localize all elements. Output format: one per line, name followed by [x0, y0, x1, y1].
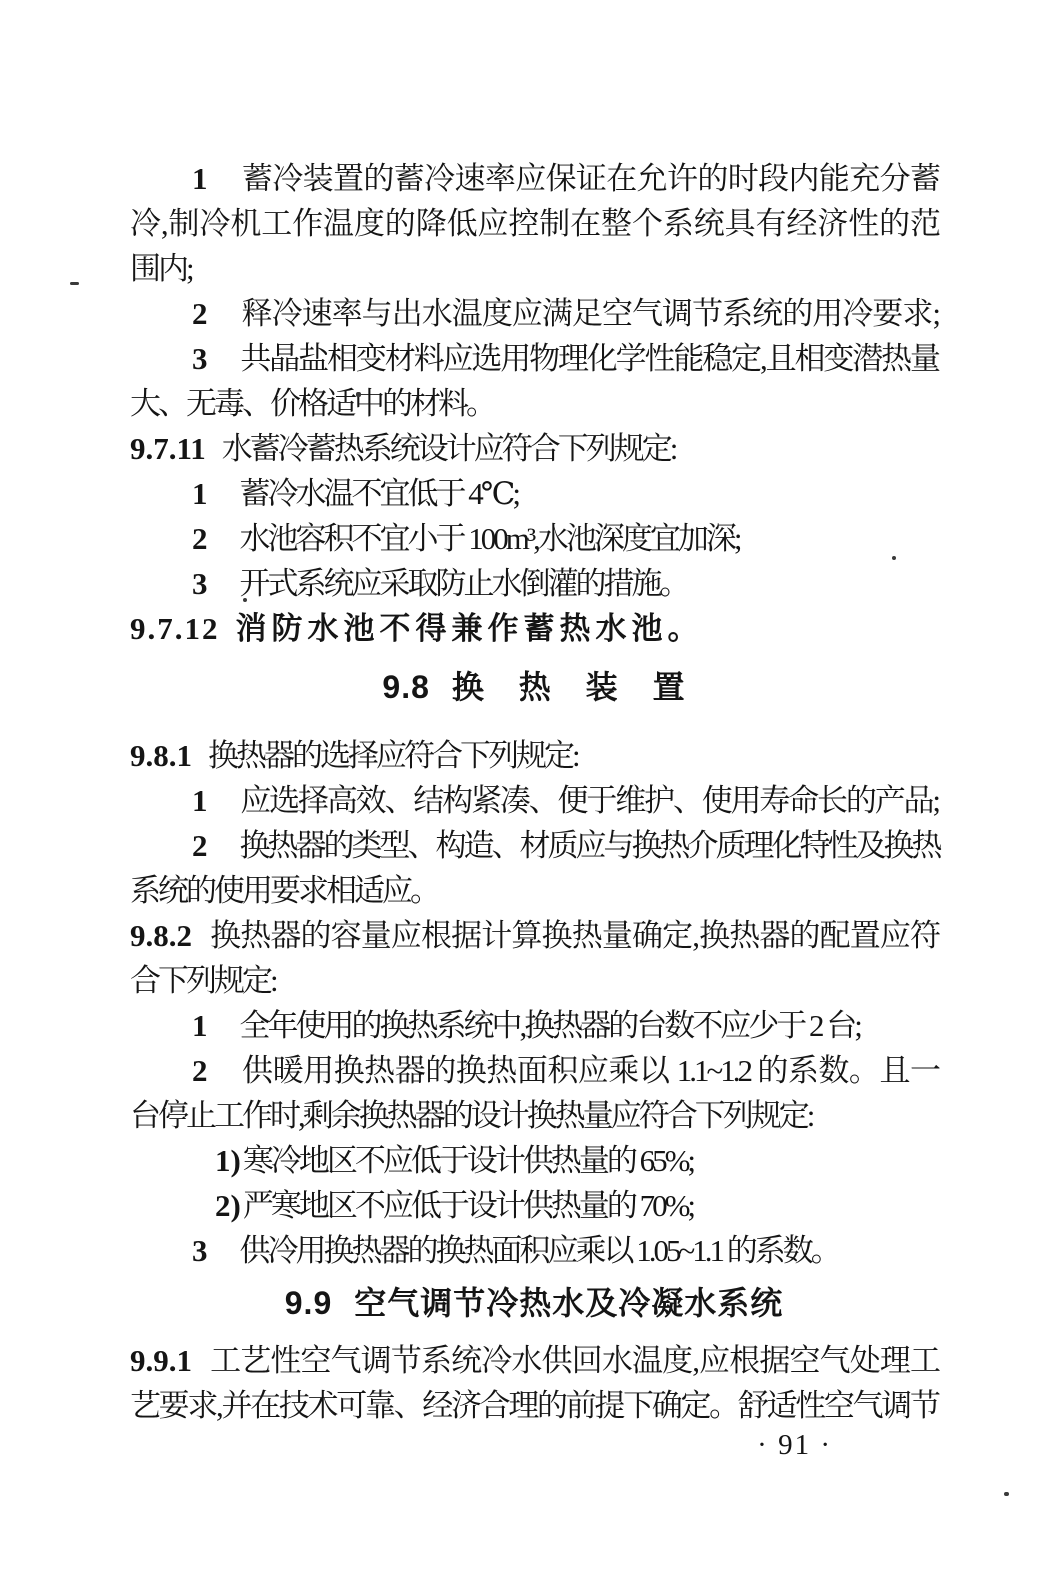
section-title: 换 热 装 置: [452, 669, 686, 705]
line-text: 围内;: [130, 251, 192, 286]
document-page: 1蓄冷装置的蓄冷速率应保证在允许的时段内能充分蓄 冷,制冷机工作温度的降低应控制…: [0, 0, 1054, 1589]
line-text: 供冷用换热器的换热面积应乘以 1.05~1.1 的系数。: [240, 1233, 839, 1268]
line-text: 应选择高效、结构紧凑、便于维护、使用寿命长的产品;: [240, 783, 939, 818]
text-line: 系统的使用要求相适应。: [130, 868, 938, 913]
scan-speck: [1004, 1492, 1009, 1496]
line-text: 水池容积不宜小于 100m³,水池深度宜加深;: [240, 521, 740, 556]
text-line: 3供冷用换热器的换热面积应乘以 1.05~1.1 的系数。: [130, 1228, 938, 1273]
text-line: 1蓄冷装置的蓄冷速率应保证在允许的时段内能充分蓄: [130, 156, 938, 201]
section-number: 9.8: [382, 669, 429, 705]
text-line: 2换热器的类型、构造、材质应与换热介质理化特性及换热: [130, 823, 938, 868]
scan-speck: [70, 282, 79, 285]
text-line: 大、无毒、价格适中的材料。: [130, 381, 938, 426]
line-text: 台停止工作时,剩余换热器的设计换热量应符合下列规定:: [130, 1098, 812, 1133]
line-text: 艺要求,并在技术可靠、经济合理的前提下确定。舒适性空气调节: [130, 1388, 938, 1423]
item-number: 1: [192, 161, 208, 196]
item-number: 1: [192, 1008, 208, 1043]
text-line: 2水池容积不宜小于 100m³,水池深度宜加深;: [130, 516, 938, 561]
text-line: 1全年使用的换热系统中,换热器的台数不应少于 2 台;: [130, 1003, 938, 1048]
text-line: 1)寒冷地区不应低于设计供热量的 65%;: [130, 1138, 938, 1183]
page-number: · 91 ·: [130, 1428, 938, 1462]
line-text: 蓄冷装置的蓄冷速率应保证在允许的时段内能充分蓄: [240, 161, 939, 196]
line-text: 寒冷地区不应低于设计供热量的 65%;: [243, 1143, 693, 1178]
text-line: 冷,制冷机工作温度的降低应控制在整个系统具有经济性的范: [130, 201, 938, 246]
clause-number: 9.8.1: [130, 738, 192, 773]
item-number: 2: [192, 296, 208, 331]
clause-9-8-2: 9.8.2换热器的容量应根据计算换热量确定,换热器的配置应符: [130, 913, 938, 958]
line-text: 释冷速率与出水温度应满足空气调节系统的用冷要求;: [240, 296, 939, 331]
text-line: 1应选择高效、结构紧凑、便于维护、使用寿命长的产品;: [130, 778, 938, 823]
line-text: 蓄冷水温不宜低于 4℃;: [240, 476, 519, 511]
page-content: 1蓄冷装置的蓄冷速率应保证在允许的时段内能充分蓄 冷,制冷机工作温度的降低应控制…: [0, 0, 1054, 1462]
subitem-number: 1): [215, 1143, 241, 1178]
section-title: 空气调节冷热水及冷凝水系统: [354, 1285, 783, 1321]
item-number: 2: [192, 1053, 208, 1088]
item-number: 3: [192, 1233, 208, 1268]
line-text: 工艺性空气调节系统冷水供回水温度,应根据空气处理工: [208, 1343, 938, 1378]
clause-number: 9.9.1: [130, 1343, 192, 1378]
text-line: 1蓄冷水温不宜低于 4℃;: [130, 471, 938, 516]
item-number: 3: [192, 341, 208, 376]
item-number: 1: [192, 476, 208, 511]
text-line: 合下列规定:: [130, 958, 938, 1003]
line-text: 水蓄冷蓄热系统设计应符合下列规定:: [222, 431, 676, 466]
line-text: 换热器的容量应根据计算换热量确定,换热器的配置应符: [208, 918, 938, 953]
text-line: 3开式系统应采取防止水倒灌的措施。: [130, 561, 938, 606]
clause-number: 9.8.2: [130, 918, 192, 953]
line-text: 开式系统应采取防止水倒灌的措施。: [240, 566, 688, 601]
line-text: 换热器的选择应符合下列规定:: [208, 738, 578, 773]
item-number: 3: [192, 566, 208, 601]
clause-9-7-12: 9.7.12消防水池不得兼作蓄热水池。: [130, 606, 938, 651]
section-heading-9-8: 9.8换 热 装 置: [130, 665, 938, 710]
text-line: 围内;: [130, 246, 938, 291]
clause-number: 9.7.12: [130, 611, 220, 646]
section-number: 9.9: [285, 1285, 332, 1321]
scan-speck: [243, 598, 247, 602]
item-number: 1: [192, 783, 208, 818]
section-heading-9-9: 9.9空气调节冷热水及冷凝水系统: [130, 1281, 938, 1326]
clause-9-9-1: 9.9.1工艺性空气调节系统冷水供回水温度,应根据空气处理工: [130, 1338, 938, 1383]
line-text: 全年使用的换热系统中,换热器的台数不应少于 2 台;: [240, 1008, 860, 1043]
line-text: 系统的使用要求相适应。: [130, 873, 438, 908]
item-number: 2: [192, 521, 208, 556]
line-text: 大、无毒、价格适中的材料。: [130, 386, 494, 421]
line-text: 合下列规定:: [130, 963, 276, 998]
line-text: 共晶盐相变材料应选用物理化学性能稳定,且相变潜热量: [240, 341, 939, 376]
clause-number: 9.7.11: [130, 431, 206, 466]
item-number: 2: [192, 828, 208, 863]
clause-9-8-1: 9.8.1换热器的选择应符合下列规定:: [130, 733, 938, 778]
text-line: 台停止工作时,剩余换热器的设计换热量应符合下列规定:: [130, 1093, 938, 1138]
line-text: 换热器的类型、构造、材质应与换热介质理化特性及换热: [240, 828, 940, 863]
scan-speck: [892, 556, 896, 560]
clause-9-7-11: 9.7.11水蓄冷蓄热系统设计应符合下列规定:: [130, 426, 938, 471]
line-text: 消防水池不得兼作蓄热水池。: [236, 611, 704, 646]
line-text: 严寒地区不应低于设计供热量的 70%;: [243, 1188, 693, 1223]
line-text: 供暖用换热器的换热面积应乘以 1.1~1.2 的系数。且一: [240, 1053, 939, 1088]
text-line: 2)严寒地区不应低于设计供热量的 70%;: [130, 1183, 938, 1228]
text-line: 艺要求,并在技术可靠、经济合理的前提下确定。舒适性空气调节: [130, 1383, 938, 1428]
text-line: 3共晶盐相变材料应选用物理化学性能稳定,且相变潜热量: [130, 336, 938, 381]
text-line: 2释冷速率与出水温度应满足空气调节系统的用冷要求;: [130, 291, 938, 336]
text-line: 2供暖用换热器的换热面积应乘以 1.1~1.2 的系数。且一: [130, 1048, 938, 1093]
scan-speck: [356, 392, 361, 397]
line-text: 冷,制冷机工作温度的降低应控制在整个系统具有经济性的范: [130, 206, 938, 241]
subitem-number: 2): [215, 1188, 241, 1223]
